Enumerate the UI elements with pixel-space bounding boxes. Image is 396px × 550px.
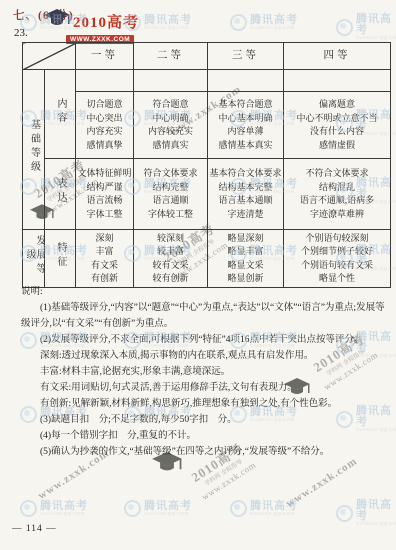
note-item-creative: 有创新:见解新颖,材料新鲜,构思新巧,推理想象有独到之处,有个性色彩。 <box>21 396 392 412</box>
logo-year-text: 2010高考 <box>73 11 139 32</box>
tencent-watermark-text: 腾讯高考 <box>250 15 298 26</box>
notes-section: 说明: (1)基础等级评分,“内容”以“题意”“中心”为重点,“表达”以“文体”… <box>21 284 392 460</box>
tencent-watermark: 腾讯高考GAOKAO.QQ.COM <box>230 14 298 31</box>
tencent-watermark-subtext: GAOKAO.QQ.COM <box>144 512 192 517</box>
row-group-label-development-text: 发展等级 <box>24 230 44 284</box>
spacer-cell <box>134 70 208 92</box>
sub-label-expression-text: 表达 <box>55 178 65 206</box>
tencent-watermark-text: 腾讯高考 <box>144 15 192 26</box>
zxxk-logo: 2010高考 WWW.ZXXK.COM <box>44 9 139 44</box>
note-item-2: (2)发展等级评分,不求全面,可根据下列“特征”4项16点中若干突出点按等评分。 <box>21 332 392 348</box>
zxxk-watermark: www.zxxk.com <box>284 455 360 510</box>
note-item-4: (4)每一个错别字扣 分,重复的不计。 <box>21 428 392 444</box>
grade-header-2: 二等 <box>134 43 208 70</box>
tencent-watermark-subtext: GAOKAO.QQ.COM <box>144 26 192 31</box>
notes-heading: 说明: <box>21 284 392 300</box>
rubric-cell-feature-grade4: 个别语句较深刻 个别细节例子较好 个别语句较有文采 略显个性 <box>284 230 391 288</box>
table-corner-diagonal-cell <box>23 43 76 70</box>
rubric-cell-content-grade1: 切合题意 中心突出 内容充实 感情真挚 <box>76 92 134 159</box>
row-group-label-development: 发展等级 <box>23 230 45 288</box>
spacer-cell <box>284 70 391 92</box>
tencent-watermark: 腾讯高考GAOKAO.QQ.COM <box>336 14 396 41</box>
tencent-circle-icon <box>230 500 247 517</box>
tencent-watermark: 腾讯高考GAOKAO.QQ.COM <box>230 500 298 517</box>
tencent-watermark: 腾讯高考GAOKAO.QQ.COM <box>336 500 396 527</box>
rubric-cell-feature-grade3: 略显深刻 略显丰富 略显文采 略显创新 <box>208 230 284 288</box>
tencent-watermark-subtext: GAOKAO.QQ.COM <box>250 26 298 31</box>
tencent-watermark-subtext: GAOKAO.QQ.COM <box>356 522 396 527</box>
tencent-watermark-subtext: GAOKAO.QQ.COM <box>250 512 298 517</box>
row-group-label-basic: 基础等级 <box>23 70 45 230</box>
tencent-circle-icon <box>20 500 37 517</box>
rubric-cell-expression-grade4: 不符合文体要求 结构混乱 语言不通顺,语病多 字迹潦草难辨 <box>284 159 391 230</box>
rubric-cell-expression-grade1: 文体特征鲜明 结构严谨 语言流畅 字体工整 <box>76 159 134 230</box>
rubric-cell-expression-grade2: 符合文体要求 结构完整 语言通顺 字体较工整 <box>134 159 208 230</box>
sub-label-content-text: 内容 <box>55 98 65 126</box>
tencent-watermark-text: 腾讯高考 <box>250 501 298 512</box>
watermark-row: 腾讯高考GAOKAO.QQ.COM 腾讯高考GAOKAO.QQ.COM 腾讯高考… <box>0 500 396 524</box>
tencent-circle-icon <box>124 500 141 517</box>
sub-label-expression: 表达 <box>45 159 76 230</box>
note-item-rich: 丰富:材料丰富,论据充实,形象丰满,意境深远。 <box>21 364 392 380</box>
zxxk-watermark-site: www.zxxk.com <box>192 455 266 508</box>
tencent-watermark-text: 腾讯高考 <box>356 14 396 36</box>
sub-label-content: 内容 <box>45 70 76 159</box>
sub-label-feature: 特征 <box>45 230 76 288</box>
graduation-cap-icon <box>44 9 70 34</box>
tencent-watermark-text: 腾讯高考 <box>356 500 396 522</box>
spacer-cell <box>76 70 134 92</box>
tencent-watermark-subtext: GAOKAO.QQ.COM <box>40 512 88 517</box>
rubric-cell-content-grade2: 符合题意 中心明确 内容较充实 感情真实 <box>134 92 208 159</box>
tencent-watermark-subtext: GAOKAO.QQ.COM <box>356 36 396 41</box>
note-item-3: (3)缺题目扣 分;不足字数的,每少50字扣 分。 <box>21 412 392 428</box>
tencent-watermark: 腾讯高考GAOKAO.QQ.COM <box>124 500 192 517</box>
row-group-label-basic-text: 基础等级 <box>29 119 39 175</box>
spacer-cell <box>208 70 284 92</box>
note-item-5: (5)确认为抄袭的作文,“基础等级”在四等之内评分,“发展等级”不给分。 <box>21 444 392 460</box>
grade-header-4: 四等 <box>284 43 391 70</box>
rubric-cell-feature-grade1: 深刻 丰富 有文采 有创新 <box>76 230 134 288</box>
tencent-watermark-text: 腾讯高考 <box>144 501 192 512</box>
grade-header-1: 一等 <box>76 43 134 70</box>
rubric-cell-feature-grade2: 较深刻 较丰富 较有文采 较有创新 <box>134 230 208 288</box>
tencent-circle-icon <box>336 505 353 522</box>
tencent-watermark: 腾讯高考GAOKAO.QQ.COM <box>20 500 88 517</box>
page-number: — 114 — <box>12 524 57 534</box>
rubric-cell-content-grade3: 基本符合题意 中心基本明确 内容单薄 感情基本真实 <box>208 92 284 159</box>
note-item-literary: 有文采:用词贴切,句式灵活,善于运用修辞手法,文句有表现力。 <box>21 380 392 396</box>
rubric-cell-expression-grade3: 基本符合文体要求 结构基本完整 语言基本通顺 字迹清楚 <box>208 159 284 230</box>
note-item-1: (1)基础等级评分,“内容”以“题意”“中心”为重点,“表达”以“文体”“语言”… <box>21 300 392 332</box>
rubric-cell-content-grade4: 偏离题意 中心不明或立意不当 没有什么内容 感情虚假 <box>284 92 391 159</box>
grade-header-3: 三等 <box>208 43 284 70</box>
sub-label-feature-text: 特征 <box>55 242 65 270</box>
tencent-circle-icon <box>230 14 247 31</box>
question-number: 23. <box>14 27 28 39</box>
scoring-rubric-table: 一等 二等 三等 四等 基础等级 内容 切合题意 中心突出 内容充实 感情真挚 … <box>22 42 391 288</box>
tencent-watermark-text: 腾讯高考 <box>40 501 88 512</box>
note-item-deep: 深刻:透过现象深入本质,揭示事物的内在联系,观点具有启发作用。 <box>21 348 392 364</box>
tencent-circle-icon <box>336 19 353 36</box>
